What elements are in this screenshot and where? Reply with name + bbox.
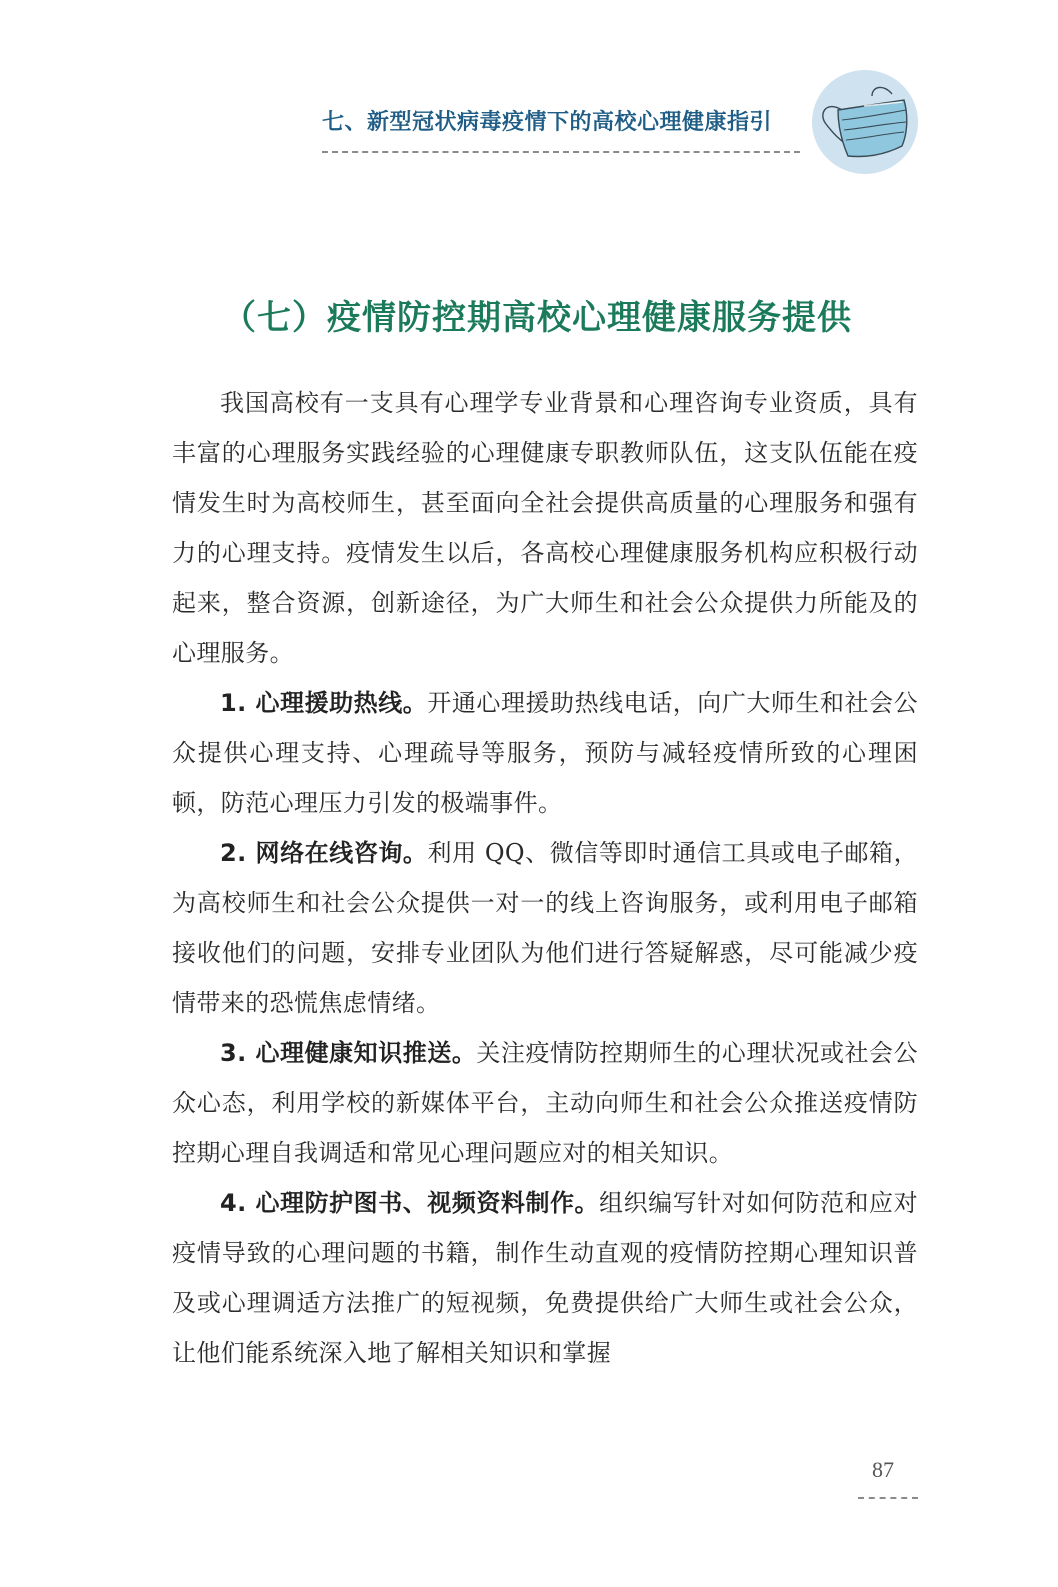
item-paragraph-2: 2. 网络在线咨询。利用 QQ、微信等即时通信工具或电子邮箱，为高校师生和社会公… (172, 828, 918, 1028)
item-lead-1: 1. 心理援助热线。 (220, 689, 427, 717)
item-paragraph-3: 3. 心理健康知识推送。关注疫情防控期师生的心理状况或社会公众心态，利用学校的新… (172, 1028, 918, 1178)
item-lead-2: 2. 网络在线咨询。 (220, 839, 428, 867)
item-lead-3: 3. 心理健康知识推送。 (220, 1039, 476, 1067)
intro-paragraph: 我国高校有一支具有心理学专业背景和心理咨询专业资质，具有丰富的心理服务实践经验的… (172, 378, 918, 678)
item-lead-4: 4. 心理防护图书、视频资料制作。 (220, 1189, 599, 1217)
face-mask-icon (812, 70, 918, 174)
running-title: 七、新型冠状病毒疫情下的高校心理健康指引 (322, 104, 802, 140)
body-text: 我国高校有一支具有心理学专业背景和心理咨询专业资质，具有丰富的心理服务实践经验的… (172, 378, 918, 1378)
page-number: 87 (872, 1457, 894, 1483)
footer-dashed-rule (858, 1497, 918, 1499)
item-paragraph-1: 1. 心理援助热线。开通心理援助热线电话，向广大师生和社会公众提供心理支持、心理… (172, 678, 918, 828)
item-paragraph-4: 4. 心理防护图书、视频资料制作。组织编写针对如何防范和应对疫情导致的心理问题的… (172, 1178, 918, 1378)
section-title: （七）疫情防控期高校心理健康服务提供 (222, 294, 852, 342)
running-header: 七、新型冠状病毒疫情下的高校心理健康指引 (322, 104, 802, 140)
header-dashed-rule (322, 151, 800, 153)
